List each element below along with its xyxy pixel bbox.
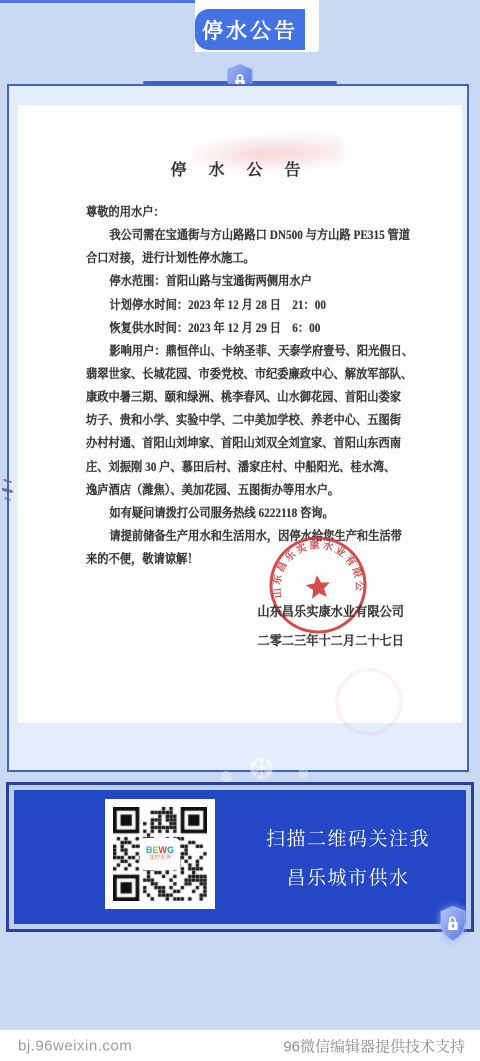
notice-title: 停 水 公 告 bbox=[18, 157, 462, 180]
doc-line: 计划停水时间：2023 年 12 月 28 日 21：00 bbox=[86, 294, 397, 317]
doc-line: 康政中暑三期、颐和绿洲、桃李春风、山水御花园、首阳山娄家 bbox=[86, 386, 397, 409]
seal-star bbox=[305, 574, 332, 600]
doc-line: 影响用户：鼎恒伴山、卡纳圣菲、天泰学府壹号、阳光假日、 bbox=[86, 340, 397, 363]
footer: bj.96weixin.com 96微信编辑器提供技术支持 bbox=[0, 1030, 480, 1061]
signature-date: 二零二三年十二月二十七日 bbox=[257, 626, 404, 655]
doc-line: 尊敬的用水户： bbox=[86, 201, 397, 224]
qr-box-fill: BEWG 北控水务 扫描二维码关注我 昌乐城市供水 bbox=[14, 790, 466, 924]
qr-caption-line2: 昌乐城市供水 bbox=[286, 863, 409, 890]
page: 停水公告 停 水 公 告 尊敬的用水户：我公司需在宝通街与方山路路口 DN500… bbox=[0, 0, 480, 1061]
footer-site-url: bj.96weixin.com bbox=[18, 1037, 132, 1054]
snowflake-icon: ❆ bbox=[298, 766, 309, 782]
bewg-logo: BEWG 北控水务 bbox=[142, 840, 178, 868]
doc-line: 恢复供水时间：2023 年 12 月 29 日 6：00 bbox=[86, 317, 397, 340]
doc-line: 逸庐酒店（潍焦）、美加花园、五图街办等用水户。 bbox=[86, 479, 397, 502]
bewg-logo-letters: BEWG bbox=[146, 846, 174, 855]
bewg-logo-subtext: 北控水务 bbox=[149, 856, 171, 862]
doc-line: 如有疑问请拨打公司服务热线 6222118 咨询。 bbox=[86, 502, 397, 525]
snowflake-icon: ❆ bbox=[248, 750, 275, 788]
snowflake-ornament: ❆ ❆ ❆ bbox=[214, 748, 324, 796]
doc-line: 办村村通、首阳山刘坤家、首阳山刘双全刘宣家、首阳山东西南 bbox=[86, 432, 397, 455]
doc-line: 坊子、贵和小学、实验中学、二中美加学校、养老中心、五图街 bbox=[86, 409, 397, 432]
qr-follow-box: BEWG 北控水务 扫描二维码关注我 昌乐城市供水 bbox=[6, 782, 474, 932]
signature-block: 山东昌乐实康水业有限公司 二零二三年十二月二十七日 bbox=[257, 597, 404, 655]
page-title: 停水公告 bbox=[202, 15, 298, 45]
shield-lock-icon bbox=[438, 905, 468, 942]
page-title-badge: 停水公告 bbox=[195, 9, 305, 50]
qr-caption-line1: 扫描二维码关注我 bbox=[266, 824, 430, 851]
signature-company: 山东昌乐实康水业有限公司 bbox=[257, 597, 404, 626]
notice-body: 尊敬的用水户：我公司需在宝通街与方山路路口 DN500 与方山路 PE315 管… bbox=[86, 201, 431, 571]
doc-line: 我公司需在宝通街与方山路路口 DN500 与方山路 PE315 管道 bbox=[86, 224, 397, 247]
doc-line: 停水范围：首阳山路与宝通街两侧用水户 bbox=[86, 270, 397, 293]
doc-line: 合口对接，进行计划性停水施工。 bbox=[86, 247, 397, 270]
stamp-bleed-artifact-2 bbox=[336, 669, 402, 735]
doc-line: 翡翠世家、长城花园、市委党校、市纪委廉政中心、解放军部队、 bbox=[86, 363, 397, 386]
qr-code: BEWG 北控水务 bbox=[105, 799, 215, 909]
snowflake-icon: ❆ bbox=[220, 768, 233, 786]
scanned-notice-paper: 停 水 公 告 尊敬的用水户：我公司需在宝通街与方山路路口 DN500 与方山路… bbox=[18, 105, 462, 723]
doc-line: 庄、刘振刚 30 户、慕田后村、潘家庄村、中船阳光、桂水湾、 bbox=[86, 456, 397, 479]
footer-credit: 96微信编辑器提供技术支持 bbox=[283, 1035, 465, 1056]
qr-caption: 扫描二维码关注我 昌乐城市供水 bbox=[242, 790, 454, 924]
top-hairline bbox=[0, 0, 197, 3]
